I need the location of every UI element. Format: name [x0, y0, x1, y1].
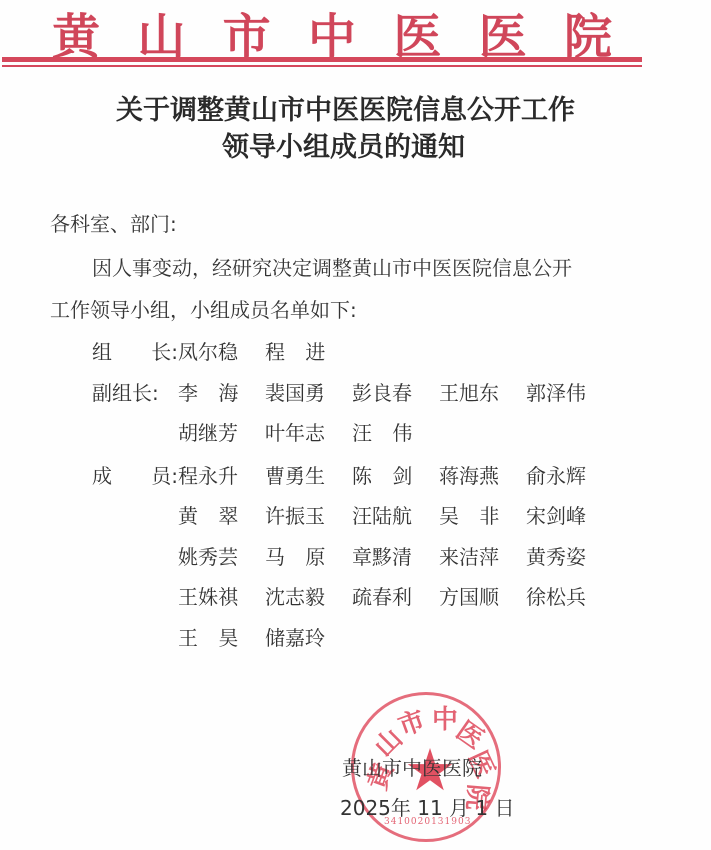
- deputy-names: 李 海 裴国勇 彭良春 王旭东 郭泽伟: [178, 377, 613, 406]
- label-char: 成: [92, 460, 112, 489]
- members-names: 王姝祺 沈志毅 疏春利 方国顺 徐松兵: [178, 581, 613, 610]
- members-names: 黄 翠 许振玉 汪陆航 吴 非 宋剑峰: [178, 500, 613, 529]
- member-name: 宋剑峰: [526, 500, 613, 529]
- member-name: 沈志毅: [265, 581, 352, 610]
- deputy-name: 裴国勇: [265, 377, 352, 406]
- document-title-line2: 领导小组成员的通知: [0, 125, 699, 164]
- member-name: 章黟清: [352, 541, 439, 570]
- red-divider-thick: [2, 57, 642, 62]
- label-char: 副组长:: [92, 377, 159, 406]
- body-paragraph-line2: 工作领导小组，小组成员名单如下:: [50, 294, 357, 323]
- member-name: 曹勇生: [265, 460, 352, 489]
- member-name: 黄秀姿: [526, 541, 613, 570]
- member-name: 王 昊: [178, 622, 265, 651]
- deputy-label: 副组长:: [92, 377, 178, 406]
- document-title-line1: 关于调整黄山市中医医院信息公开工作: [0, 88, 701, 127]
- member-name: 疏春利: [352, 581, 439, 610]
- member-name: 马 原: [265, 541, 352, 570]
- deputy-name: 汪 伟: [352, 417, 439, 446]
- label-char: 员:: [151, 460, 178, 489]
- leader-name: 凤尔稳: [178, 336, 265, 365]
- member-name: 汪陆航: [352, 500, 439, 529]
- member-name: 程永升: [178, 460, 265, 489]
- salutation: 各科室、部门:: [50, 208, 177, 237]
- members-names: 程永升 曹勇生 陈 剑 蒋海燕 俞永辉: [178, 460, 613, 489]
- member-name: 储嘉玲: [265, 622, 352, 651]
- member-name: 蒋海燕: [439, 460, 526, 489]
- leader-label: 组 长:: [92, 336, 178, 365]
- members-names: 姚秀芸 马 原 章黟清 来洁萍 黄秀姿: [178, 541, 613, 570]
- members-names: 王 昊 储嘉玲: [178, 622, 352, 651]
- seal-char: 中: [432, 699, 458, 736]
- label-char: 长:: [151, 336, 178, 365]
- deputy-name: 李 海: [178, 377, 265, 406]
- member-name: 姚秀芸: [178, 541, 265, 570]
- member-name: 方国顺: [439, 581, 526, 610]
- signature-org: 黄山市中医医院: [342, 752, 482, 781]
- member-name: 许振玉: [265, 500, 352, 529]
- members-label: 成 员:: [92, 460, 178, 489]
- red-divider-thin: [2, 65, 642, 67]
- member-name: 黄 翠: [178, 500, 265, 529]
- label-char: 组: [92, 336, 112, 365]
- member-name: 徐松兵: [526, 581, 613, 610]
- leader-names: 凤尔稳 程 进: [178, 336, 352, 365]
- member-name: 王姝祺: [178, 581, 265, 610]
- leader-name: 程 进: [265, 336, 352, 365]
- member-name: 来洁萍: [439, 541, 526, 570]
- deputy-name: 叶年志: [265, 417, 352, 446]
- body-paragraph-line1: 因人事变动，经研究决定调整黄山市中医医院信息公开: [92, 252, 572, 281]
- member-name: 陈 剑: [352, 460, 439, 489]
- deputy-name: 彭良春: [352, 377, 439, 406]
- signature-date: 2025年 11 月 1 日: [340, 792, 515, 821]
- deputy-name: 郭泽伟: [526, 377, 613, 406]
- member-name: 俞永辉: [526, 460, 613, 489]
- deputy-name: 胡继芳: [178, 417, 265, 446]
- member-name: 吴 非: [439, 500, 526, 529]
- deputy-name: 王旭东: [439, 377, 526, 406]
- deputy-names: 胡继芳 叶年志 汪 伟: [178, 417, 439, 446]
- masthead: 黄 山 市 中 医 医 院: [0, 0, 711, 60]
